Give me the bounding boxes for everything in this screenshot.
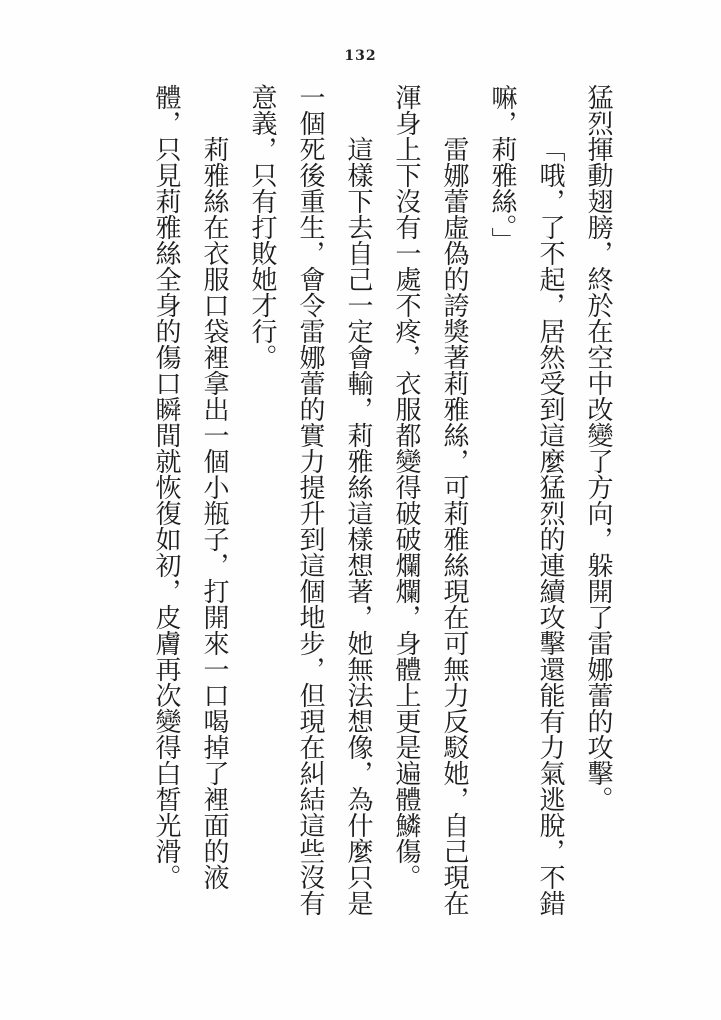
paragraph: 這樣下去自己一定會輸，莉雅絲這樣想著，她無法想像，為什麼只是一個死後重生，會令雷… bbox=[238, 84, 382, 922]
book-page: 132 猛烈揮動翅膀，終於在空中改變了方向，躲開了雷娜蕾的攻擊。 「哦，了不起，… bbox=[0, 0, 721, 1020]
paragraph: 雷娜蕾虛偽的誇獎著莉雅絲，可莉雅絲現在可無力反駁她，自己現在渾身上下沒有一處不疼… bbox=[382, 84, 478, 922]
paragraph-dialogue: 「哦，了不起，居然受到這麼猛烈的連續攻擊還能有力氣逃脫，不錯嘛，莉雅絲。」 bbox=[478, 84, 574, 922]
paragraph: 猛烈揮動翅膀，終於在空中改變了方向，躲開了雷娜蕾的攻擊。 bbox=[574, 84, 622, 922]
page-number: 132 bbox=[0, 48, 721, 64]
vertical-text-block: 猛烈揮動翅膀，終於在空中改變了方向，躲開了雷娜蕾的攻擊。 「哦，了不起，居然受到… bbox=[140, 84, 622, 922]
paragraph: 莉雅絲在衣服口袋裡拿出一個小瓶子，打開來一口喝掉了裡面的液體，只見莉雅絲全身的傷… bbox=[142, 84, 238, 922]
